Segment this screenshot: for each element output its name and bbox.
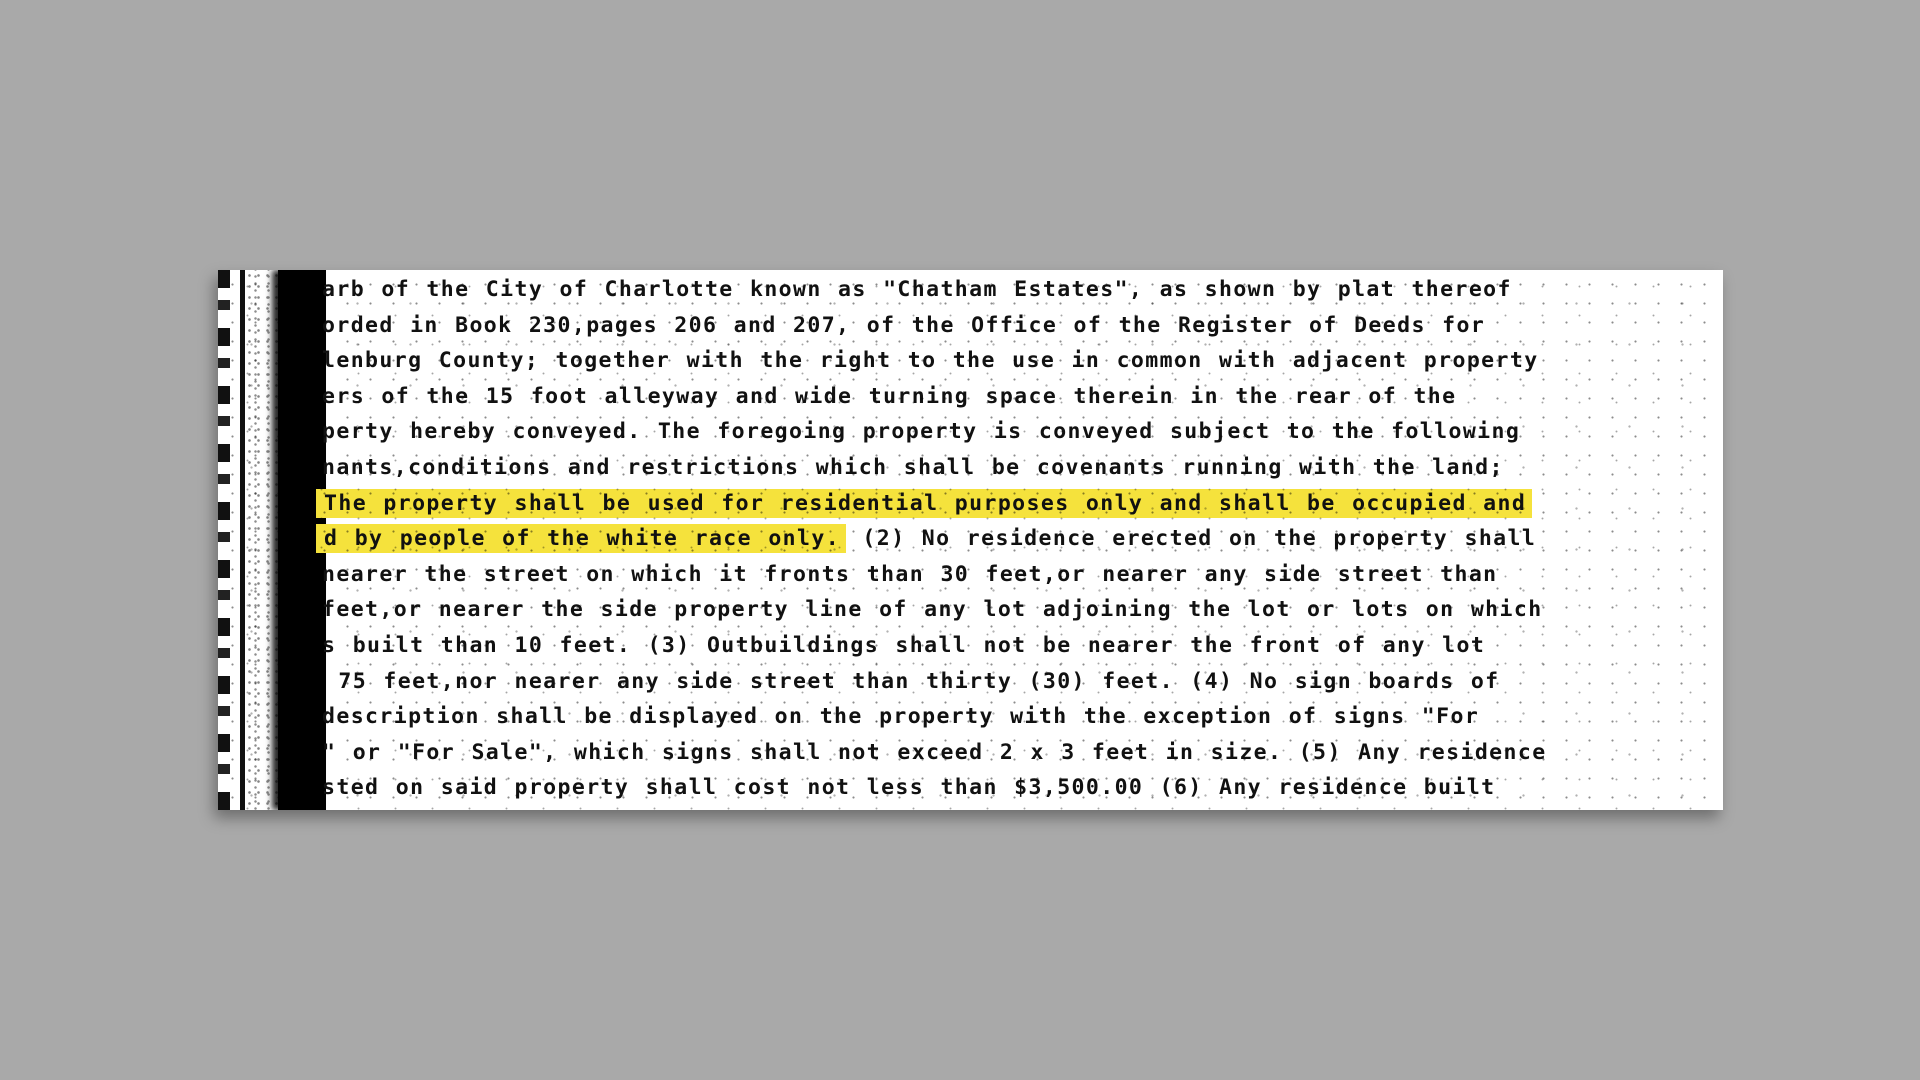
deed-line: " or "For Sale", which signs shall not e… (322, 735, 1722, 771)
scanner-edge-artifact (218, 270, 230, 810)
margin-speckle (245, 270, 279, 810)
deed-line: arb of the City of Charlotte known as "C… (322, 272, 1722, 308)
highlighted-covenant-text: d by people of the white race only. (316, 524, 846, 553)
deed-line: feet,or nearer the side property line of… (322, 592, 1722, 628)
deed-text-block: arb of the City of Charlotte known as "C… (322, 272, 1722, 806)
deed-line: s built than 10 feet. (3) Outbuildings s… (322, 628, 1722, 664)
deed-line-rest: (2) No residence erected on the property… (846, 526, 1536, 551)
deed-line: nearer the street on which it fronts tha… (322, 557, 1722, 593)
deed-line: ers of the 15 foot alleyway and wide tur… (322, 379, 1722, 415)
highlighted-covenant-text: The property shall be used for residenti… (316, 489, 1532, 518)
deed-line: orded in Book 230,pages 206 and 207, of … (322, 308, 1722, 344)
deed-line: description shall be displayed on the pr… (322, 699, 1722, 735)
deed-line: perty hereby conveyed. The foregoing pro… (322, 414, 1722, 450)
deed-line-highlighted: The property shall be used for residenti… (322, 486, 1722, 522)
scanned-deed-document: arb of the City of Charlotte known as "C… (218, 270, 1723, 810)
deed-line: nants,conditions and restrictions which … (322, 450, 1722, 486)
deed-line-highlighted: d by people of the white race only. (2) … (322, 521, 1722, 557)
deed-line: lenburg County; together with the right … (322, 343, 1722, 379)
deed-line: sted on said property shall cost not les… (322, 770, 1722, 806)
deed-line: 75 feet,nor nearer any side street than … (322, 664, 1722, 700)
